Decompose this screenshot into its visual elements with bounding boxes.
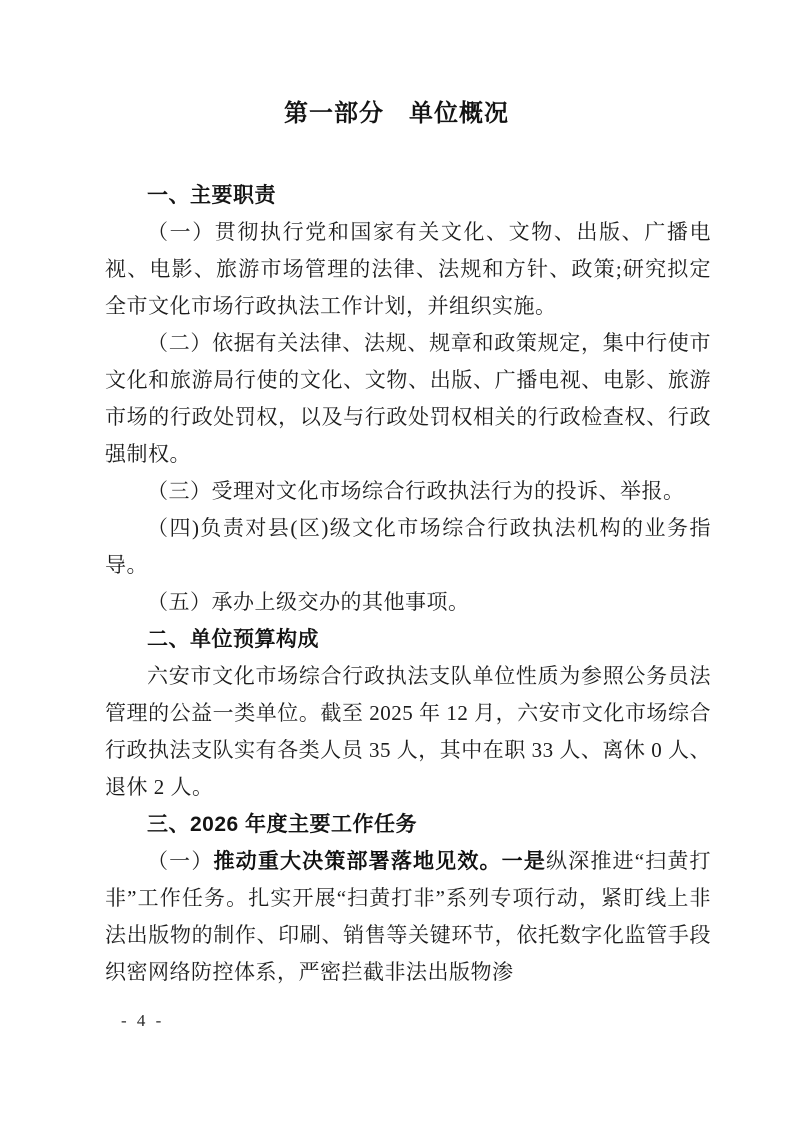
paragraph-task-1: （一）推动重大决策部署落地见效。一是纵深推进“扫黄打非”工作任务。扎实开展“扫黄…: [105, 843, 711, 991]
paragraph-duty-2: （二）依据有关法律、法规、规章和政策规定，集中行使市文化和旅游局行使的文化、文物…: [105, 325, 711, 473]
section-heading-budget: 二、单位预算构成: [105, 621, 711, 658]
paragraph-budget-1: 六安市文化市场综合行政执法支队单位性质为参照公务员法管理的公益一类单位。截至 2…: [105, 658, 711, 806]
document-body: 一、主要职责 （一）贯彻执行党和国家有关文化、文物、出版、广播电视、电影、旅游市…: [105, 177, 711, 991]
paragraph-duty-5: （五）承办上级交办的其他事项。: [105, 584, 711, 621]
paragraph-duty-1: （一）贯彻执行党和国家有关文化、文物、出版、广播电视、电影、旅游市场管理的法律、…: [105, 214, 711, 325]
paragraph-duty-3: （三）受理对文化市场综合行政执法行为的投诉、举报。: [105, 473, 711, 510]
document-page: 第一部分 单位概况 一、主要职责 （一）贯彻执行党和国家有关文化、文物、出版、广…: [0, 0, 793, 1122]
task-1-bold-lead: 推动重大决策部署落地见效。一是: [214, 849, 547, 873]
paragraph-duty-4: （四)负责对县(区)级文化市场综合行政执法机构的业务指导。: [105, 510, 711, 584]
page-number: - 4 -: [121, 1010, 164, 1032]
document-title: 第一部分 单位概况: [94, 98, 699, 130]
section-heading-duties: 一、主要职责: [105, 177, 711, 214]
section-heading-tasks: 三、2026 年度主要工作任务: [105, 806, 711, 843]
task-1-prefix: （一）: [147, 849, 214, 873]
